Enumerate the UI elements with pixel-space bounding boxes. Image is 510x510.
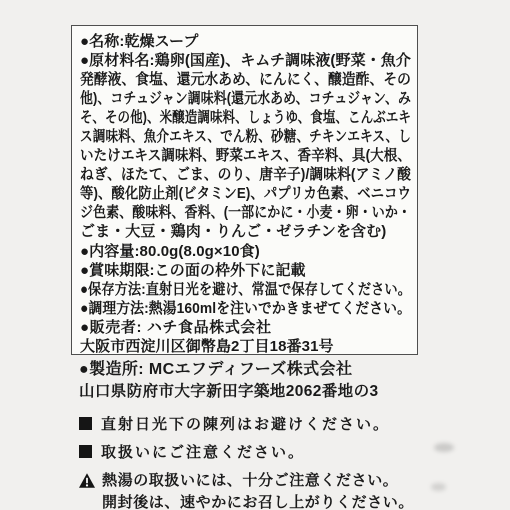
label-line-ingredients: いたけエキス調味料、野菜エキス、香辛料、具(大根、 <box>80 146 411 165</box>
label-line-text: 等)、酸化防止剤(ビタミンE)、パプリカ色素、ベニコウ <box>80 184 411 203</box>
notice-sunlight: 直射日光下の陳列はお避けください。 <box>79 413 445 434</box>
label-line-name: ●名称:乾燥スープ <box>80 32 411 51</box>
notice-hot-water: 熱湯の取扱いには、十分ご注意ください。 開封後は、速やかにお召し上がりください。 <box>79 471 445 510</box>
warning-hot-water-text: 熱湯の取扱いには、十分ご注意ください。 <box>102 471 398 491</box>
label-line-text: そ、その他)、米醸造調味料、しょうゆ、食塩、こんぶエキ <box>80 108 411 127</box>
label-line-text: ●販売者: ハチ食品株式会社 <box>80 318 272 337</box>
scan-smudge <box>434 443 454 452</box>
label-line-text: ●内容量:80.0g(8.0g×10食) <box>80 242 260 261</box>
label-line-ingredients: そ、その他)、米醸造調味料、しょうゆ、食塩、こんぶエキ <box>80 108 411 127</box>
label-line-ingredients: ねぎ、ほたて、ごま、のり、唐辛子)/調味料(アミノ酸 <box>80 165 411 184</box>
label-line-text: ●原材料名:鶏卵(国産)、キムチ調味液(野菜・魚介 <box>80 51 411 70</box>
label-line-ingredients: 発酵液、食塩、還元水あめ、にんにく、醸造酢、その <box>80 70 411 89</box>
label-line-text: いたけエキス調味料、野菜エキス、香辛料、具(大根、 <box>80 146 411 165</box>
label-line-text: ス調味料、魚介エキス、でん粉、砂糖、チキンエキス、し <box>80 127 411 146</box>
manufacturer-address: 山口県防府市大字新田字築地2062番地の3 <box>79 381 445 402</box>
warning-text-block: 熱湯の取扱いには、十分ご注意ください。 開封後は、速やかにお召し上がりください。 <box>102 471 414 510</box>
black-square-icon <box>79 445 92 458</box>
label-line-ingredients: 等)、酸化防止剤(ビタミンE)、パプリカ色素、ベニコウ <box>80 184 411 203</box>
below-box-section: ●製造所: MCエフディフーズ株式会社 山口県防府市大字新田字築地2062番地の… <box>79 359 445 510</box>
notice-handling: 取扱いにご注意ください。 <box>79 441 445 462</box>
product-info-box: ●名称:乾燥スープ ●原材料名:鶏卵(国産)、キムチ調味液(野菜・魚介 発酵液、… <box>71 25 418 355</box>
label-line-text: ジ色素、酸味料、香料、(一部にかに・小麦・卵・いか・ <box>80 203 411 222</box>
notice-sunlight-text: 直射日光下の陳列はお避けください。 <box>101 413 390 434</box>
label-line-text: 大阪市西淀川区御幣島2丁目18番31号 <box>80 337 334 356</box>
manufacturer-address-text: 山口県防府市大字新田字築地2062番地の3 <box>79 381 379 402</box>
notice-handling-text: 取扱いにご注意ください。 <box>101 441 305 462</box>
label-line-ingredients: ス調味料、魚介エキス、でん粉、砂糖、チキンエキス、し <box>80 127 411 146</box>
label-line-seller-address: 大阪市西淀川区御幣島2丁目18番31号 <box>80 337 411 356</box>
label-line-text: ●賞味期限:この面の枠外下に記載 <box>80 261 306 280</box>
label-line-ingredients: ジ色素、酸味料、香料、(一部にかに・小麦・卵・いか・ <box>80 203 411 222</box>
manufacturer-name-text: ●製造所: MCエフディフーズ株式会社 <box>79 359 352 380</box>
label-line-text: ●名称:乾燥スープ <box>80 32 198 51</box>
label-line-text: ごま・大豆・鶏肉・りんご・ゼラチンを含む) <box>80 222 386 241</box>
label-line-text: 他)、コチュジャン調味料(還元水あめ、コチュジャン、み <box>80 89 411 108</box>
label-line-text: ●調理方法:熱湯160mlを注いでかきまぜてください。 <box>80 299 411 318</box>
label-line-text: 発酵液、食塩、還元水あめ、にんにく、醸造酢、その <box>80 70 411 89</box>
scan-smudge <box>431 483 446 491</box>
label-line-net-content: ●内容量:80.0g(8.0g×10食) <box>80 242 411 261</box>
label-line-seller: ●販売者: ハチ食品株式会社 <box>80 318 411 337</box>
label-line-best-before: ●賞味期限:この面の枠外下に記載 <box>80 261 411 280</box>
manufacturer-name: ●製造所: MCエフディフーズ株式会社 <box>79 359 445 380</box>
label-line-ingredients: ごま・大豆・鶏肉・りんご・ゼラチンを含む) <box>80 222 411 241</box>
label-line-ingredients: ●原材料名:鶏卵(国産)、キムチ調味液(野菜・魚介 <box>80 51 411 70</box>
label-line-text: ●保存方法:直射日光を避け、常温で保存してください。 <box>80 280 411 299</box>
warning-triangle-icon <box>79 471 95 493</box>
warning-after-opening-text: 開封後は、速やかにお召し上がりください。 <box>102 493 414 510</box>
label-line-ingredients: 他)、コチュジャン調味料(還元水あめ、コチュジャン、み <box>80 89 411 108</box>
label-line-storage: ●保存方法:直射日光を避け、常温で保存してください。 <box>80 280 411 299</box>
label-line-preparation: ●調理方法:熱湯160mlを注いでかきまぜてください。 <box>80 299 411 318</box>
black-square-icon <box>79 417 92 430</box>
label-line-text: ねぎ、ほたて、ごま、のり、唐辛子)/調味料(アミノ酸 <box>80 165 411 184</box>
